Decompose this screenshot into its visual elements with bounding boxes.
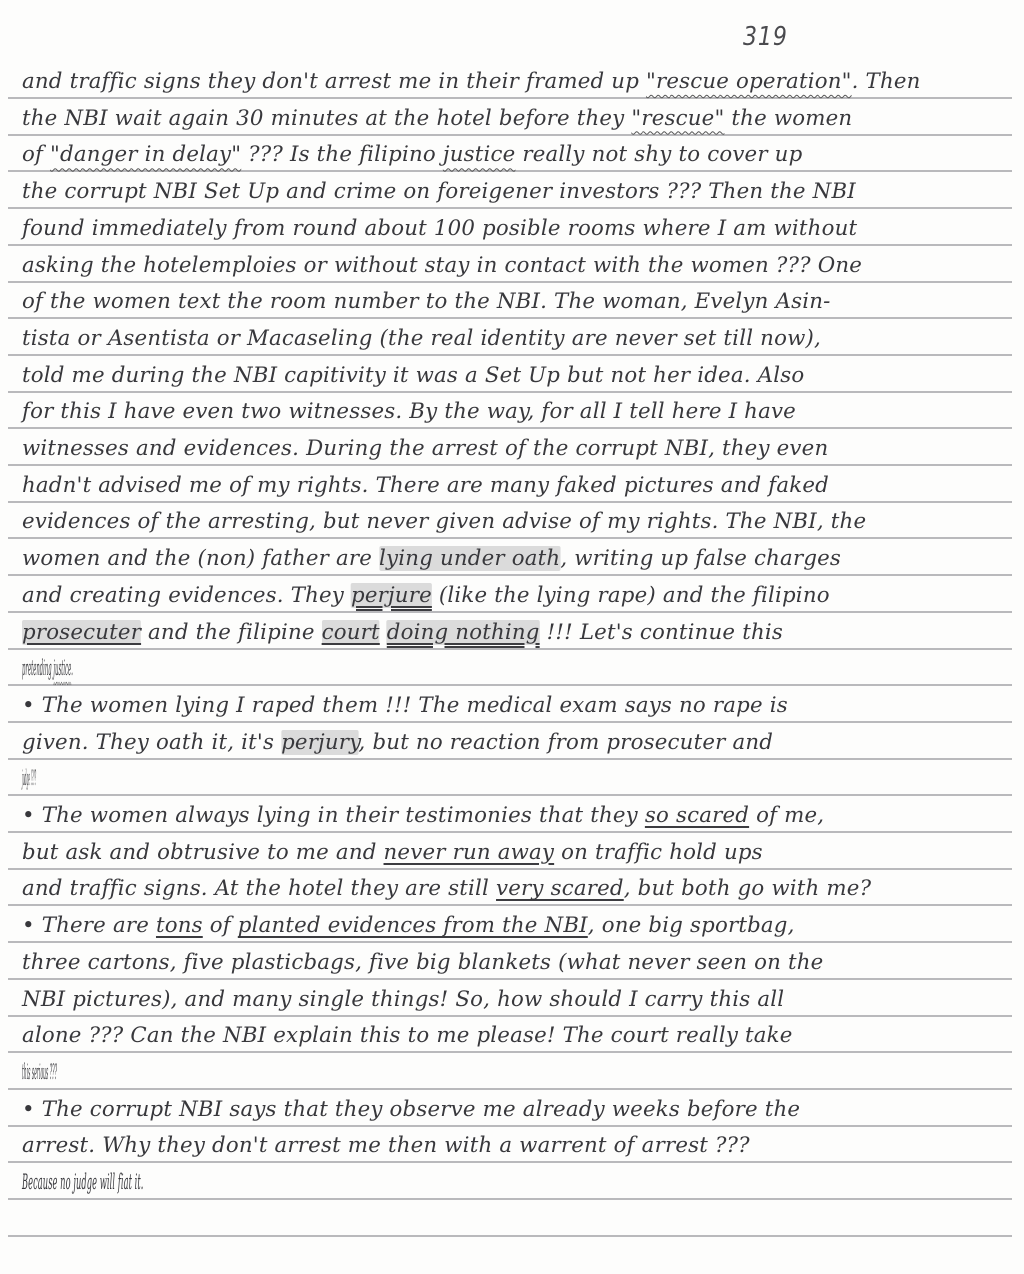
text-segment: and creating evidences. They (22, 583, 351, 608)
text-segment: asking the hotelemploies or without stay… (22, 253, 862, 278)
text-segment: judge !?!? (22, 766, 36, 791)
text-segment: of me, (749, 803, 824, 828)
text-segment: for this I have even two witnesses. By t… (22, 399, 796, 424)
text-segment: given. They oath it, it's (22, 730, 281, 755)
text-line: the corrupt NBI Set Up and crime on fore… (22, 175, 997, 209)
text-segment: found immediately from round about 100 p… (22, 216, 857, 241)
text-line: for this I have even two witnesses. By t… (22, 395, 997, 429)
text-line: pretending justice. (22, 652, 261, 686)
text-segment: evidences of the arresting, but never gi… (22, 509, 866, 534)
text-line: found immediately from round about 100 p… (22, 212, 997, 246)
text-line: three cartons, five plasticbags, five bi… (22, 946, 997, 980)
text-segment: and traffic signs they don't arrest me i… (22, 69, 646, 94)
text-line: and creating evidences. They perjure (li… (22, 579, 997, 613)
emphasized-text: justice (53, 656, 71, 681)
text-segment: Because no judge will fiat it. (22, 1170, 143, 1195)
text-segment: witnesses and evidences. During the arre… (22, 436, 828, 461)
emphasized-text: planted evidences from the NBI (238, 913, 588, 938)
text-line: this serious ??? (22, 1056, 224, 1090)
emphasized-text: prosecuter (22, 620, 141, 645)
text-segment: NBI pictures), and many single things! S… (22, 987, 784, 1012)
text-segment: . Then (852, 69, 921, 94)
text-segment: but ask and obtrusive to me and (22, 840, 384, 865)
emphasized-text: court (322, 620, 380, 645)
emphasized-text: perjury (281, 730, 358, 755)
text-line: told me during the NBI capitivity it was… (22, 359, 997, 393)
text-segment: three cartons, five plasticbags, five bi… (22, 950, 823, 975)
text-segment: , one big sportbag, (588, 913, 795, 938)
text-line: • There are tons of planted evidences fr… (22, 909, 997, 943)
text-segment: the corrupt NBI Set Up and crime on fore… (22, 179, 856, 204)
text-line: Because no judge will fiat it. (22, 1166, 400, 1200)
text-line: alone ??? Can the NBI explain this to me… (22, 1019, 997, 1053)
text-line: hadn't advised me of my rights. There ar… (22, 469, 997, 503)
text-segment: . (71, 656, 73, 681)
text-line: • The women lying I raped them !!! The m… (22, 689, 997, 723)
emphasized-text: "rescue" (631, 106, 724, 131)
text-segment: told me during the NBI capitivity it was… (22, 363, 804, 388)
text-line: NBI pictures), and many single things! S… (22, 983, 997, 1017)
text-segment: • The women always lying in their testim… (22, 803, 645, 828)
text-line: asking the hotelemploies or without stay… (22, 249, 997, 283)
text-segment: , but both go with me? (624, 876, 871, 901)
text-segment: of (203, 913, 238, 938)
emphasized-text: perjure (351, 583, 432, 608)
emphasized-text: "danger in delay" (50, 142, 241, 167)
text-segment: (like the lying rape) and the filipino (432, 583, 830, 608)
emphasized-text: "rescue operation" (646, 69, 852, 94)
emphasized-text: never run away (384, 840, 555, 865)
text-line: and traffic signs. At the hotel they are… (22, 872, 997, 906)
ruled-line (8, 1235, 1012, 1237)
text-segment: , but no reaction from prosecuter and (359, 730, 774, 755)
text-line: of the women text the room number to the… (22, 285, 997, 319)
text-segment: of the women text the room number to the… (22, 289, 831, 314)
emphasized-text: very scared (496, 876, 624, 901)
text-line: but ask and obtrusive to me and never ru… (22, 836, 997, 870)
text-segment: pretending (22, 656, 53, 681)
text-segment: hadn't advised me of my rights. There ar… (22, 473, 829, 498)
text-line: prosecuter and the filipine court doing … (22, 616, 997, 650)
handwritten-page: 319 and traffic signs they don't arrest … (0, 0, 1024, 1274)
text-line: • The women always lying in their testim… (22, 799, 997, 833)
text-segment: really not shy to cover up (515, 142, 802, 167)
text-segment: !!! Let's continue this (540, 620, 783, 645)
text-segment: the NBI wait again 30 minutes at the hot… (22, 106, 631, 131)
text-segment: arrest. Why they don't arrest me then wi… (22, 1133, 750, 1158)
text-segment: of (22, 142, 50, 167)
emphasized-text: doing nothing (387, 620, 540, 645)
page-number: 319 (743, 22, 788, 52)
text-segment: • There are (22, 913, 156, 938)
text-line: arrest. Why they don't arrest me then wi… (22, 1129, 997, 1163)
text-segment: alone ??? Can the NBI explain this to me… (22, 1023, 793, 1048)
text-line: witnesses and evidences. During the arre… (22, 432, 997, 466)
text-segment: and traffic signs. At the hotel they are… (22, 876, 496, 901)
text-line: women and the (non) father are lying und… (22, 542, 997, 576)
text-line: judge !?!? (22, 762, 148, 796)
text-segment: this serious ??? (22, 1060, 57, 1085)
text-segment: and the filipine (141, 620, 322, 645)
text-line: tista or Asentista or Macaseling (the re… (22, 322, 997, 356)
text-line: given. They oath it, it's perjury, but n… (22, 726, 997, 760)
text-line: evidences of the arresting, but never gi… (22, 505, 997, 539)
text-line: of "danger in delay" ??? Is the filipino… (22, 138, 997, 172)
text-segment: , writing up false charges (560, 546, 841, 571)
text-segment: • The women lying I raped them !!! The m… (22, 693, 788, 718)
text-segment: on traffic hold ups (554, 840, 763, 865)
emphasized-text: lying under oath (379, 546, 560, 571)
text-segment: the women (724, 106, 852, 131)
ruled-line (8, 794, 1012, 796)
text-segment: women and the (non) father are (22, 546, 379, 571)
emphasized-text: tons (156, 913, 203, 938)
emphasized-text: justice (443, 142, 516, 167)
text-segment: tista or Asentista or Macaseling (the re… (22, 326, 821, 351)
text-segment: ??? Is the filipino (241, 142, 443, 167)
text-segment: • The corrupt NBI says that they observe… (22, 1097, 800, 1122)
emphasized-text: so scared (645, 803, 749, 828)
text-line: • The corrupt NBI says that they observe… (22, 1093, 997, 1127)
text-line: the NBI wait again 30 minutes at the hot… (22, 102, 997, 136)
text-line: and traffic signs they don't arrest me i… (22, 65, 997, 99)
